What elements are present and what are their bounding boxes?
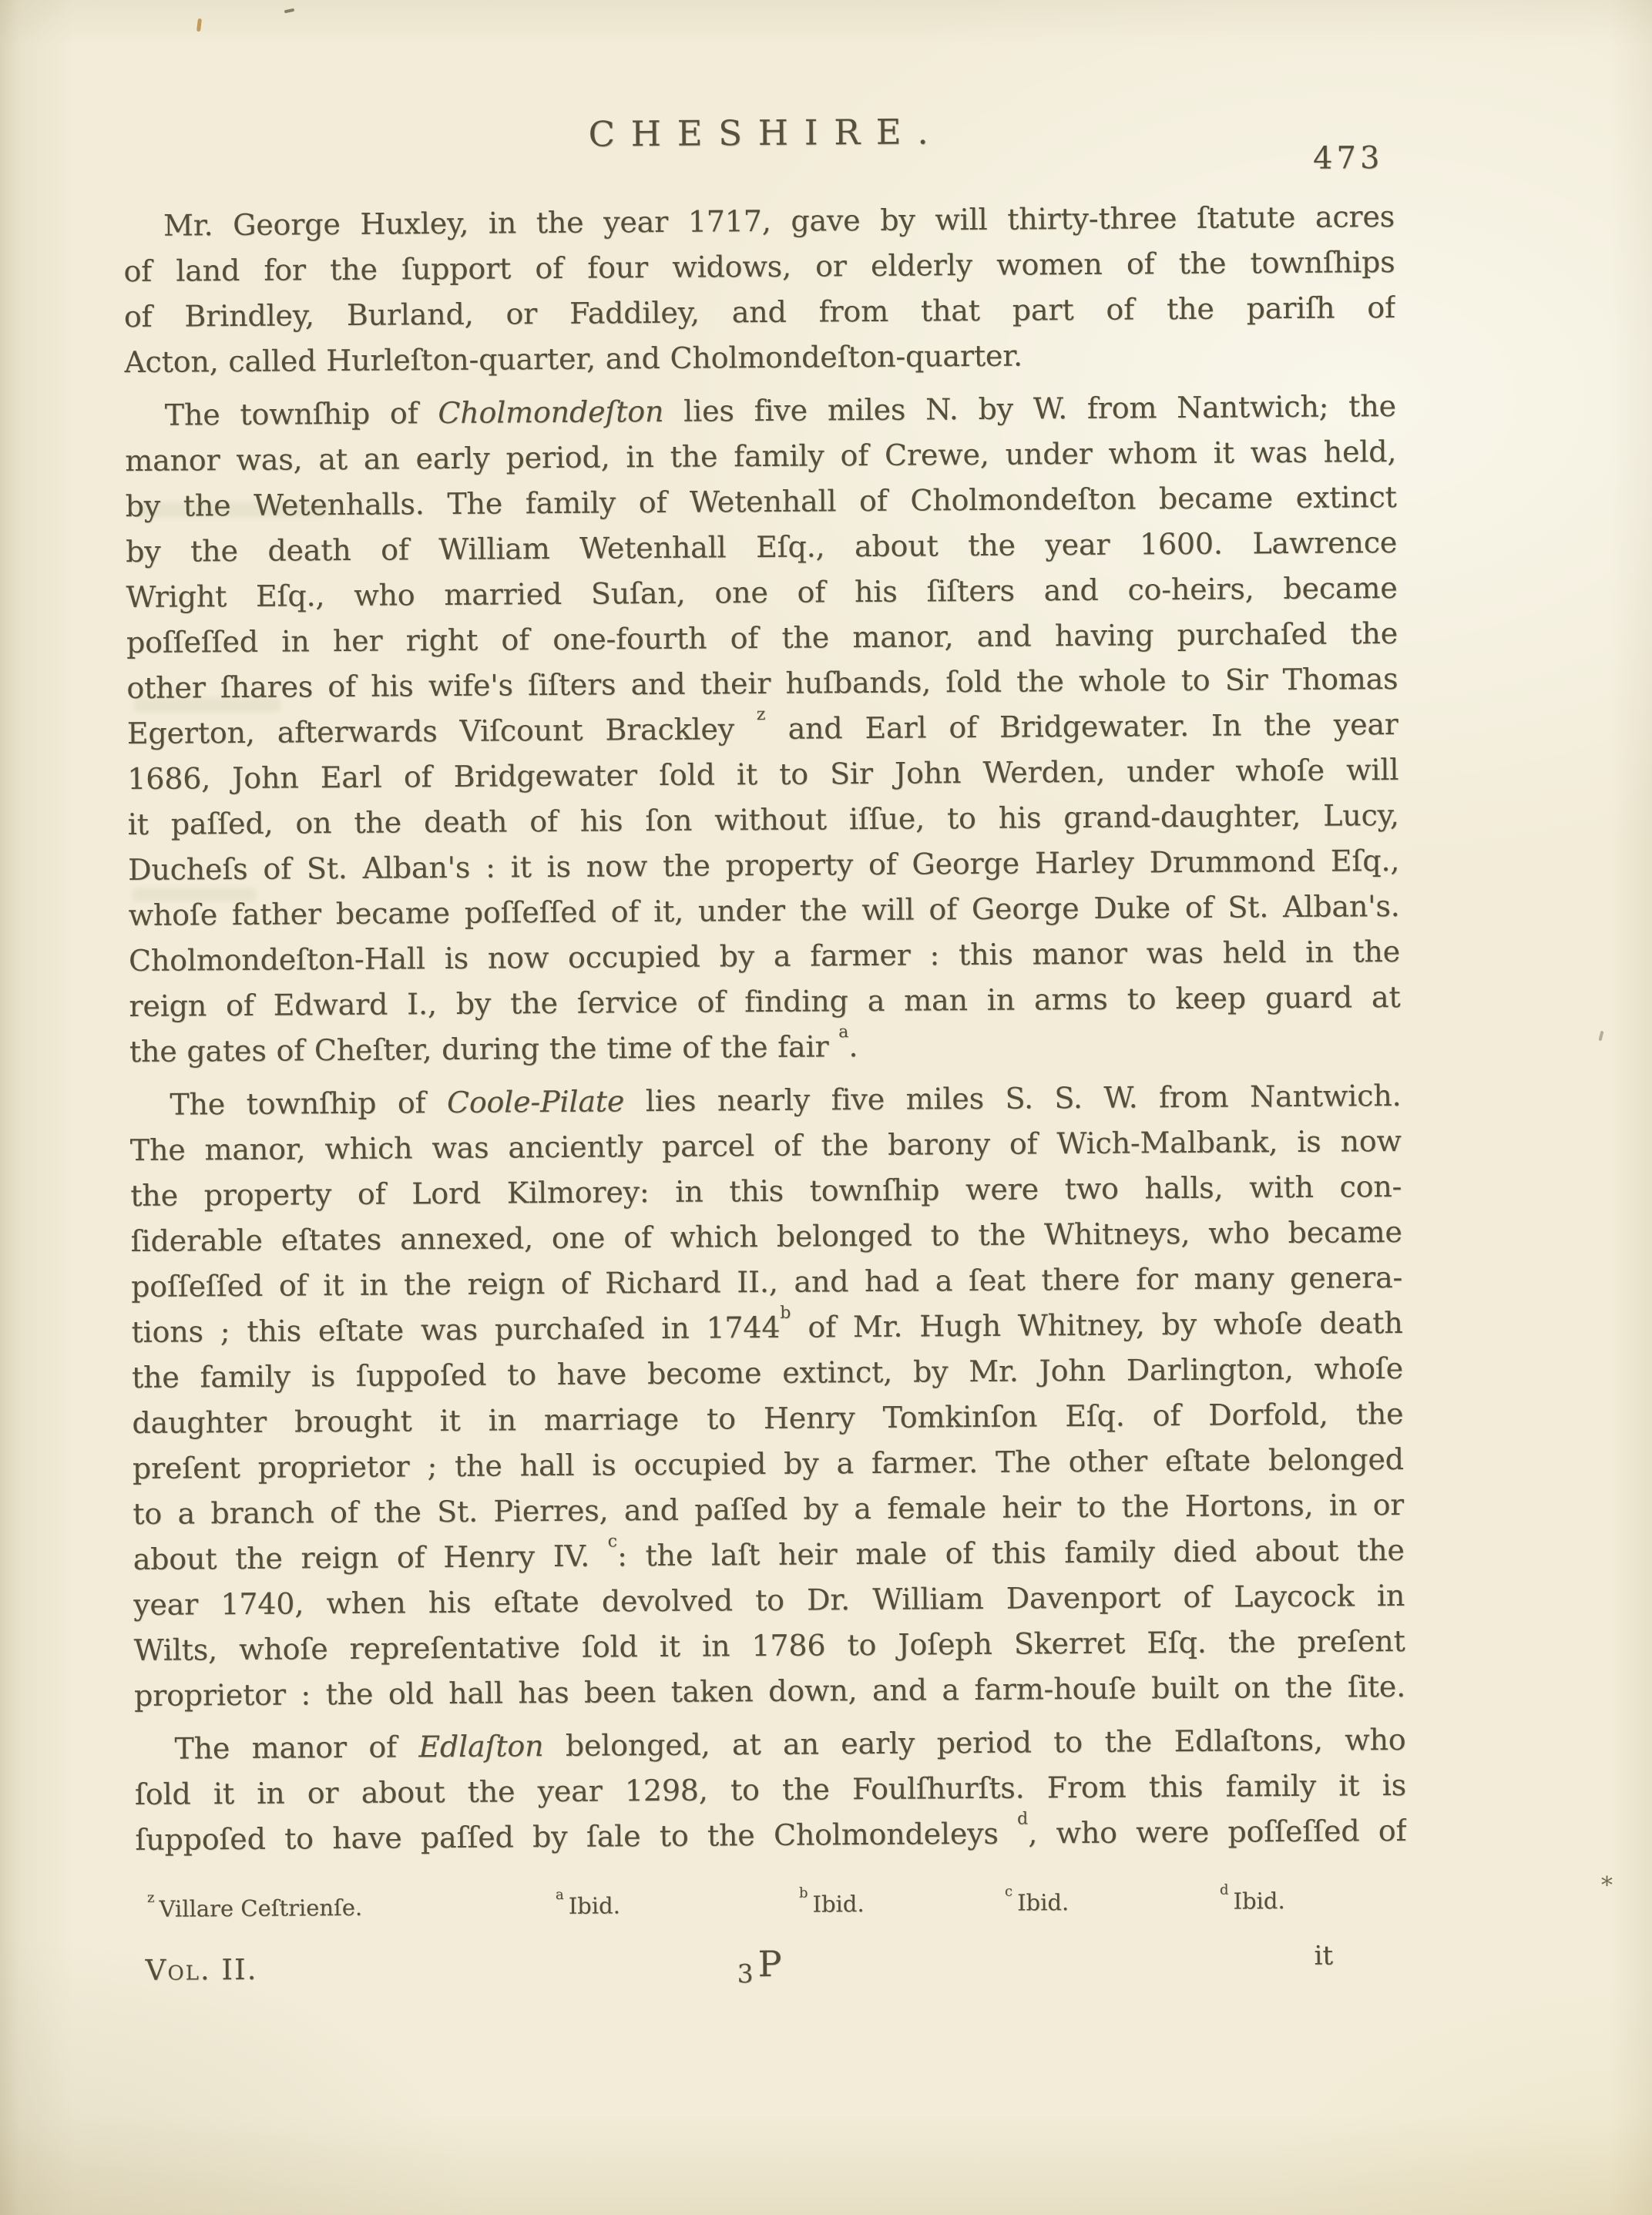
text-segment: manor was, at an early period, in the fa…: [125, 435, 1396, 478]
paragraph: The townſhip of Coole-Pilate lies nearly…: [129, 1073, 1405, 1719]
text-segment: The manor, which was anciently parcel of…: [130, 1124, 1402, 1167]
footnote-reference: c: [608, 1532, 618, 1552]
footnote-marker: b: [799, 1885, 808, 1901]
text-segment: whoſe father became poſſeſſed of it, und…: [128, 889, 1399, 932]
footnote-marker: d: [1220, 1882, 1229, 1898]
text-segment: the family is ſuppoſed to have become ex…: [132, 1351, 1403, 1394]
text-segment: Egerton, afterwards Viſcount Brackley: [127, 712, 757, 750]
text-segment: to a branch of the St. Pierres, and paſſ…: [133, 1488, 1404, 1531]
footnote: bIbid.: [799, 1891, 865, 1918]
text-segment: of Brindley, Burland, or Faddiley, and f…: [124, 290, 1395, 334]
text-segment: , who were poſſeſſed of: [1028, 1814, 1406, 1851]
text-line: reign of Edward I., by the ſervice of fi…: [129, 975, 1400, 1029]
footnote-reference: b: [780, 1304, 791, 1323]
text-segment: Acton, called Hurleſton-quarter, and Cho…: [124, 339, 1022, 380]
footnote-marker: z: [147, 1890, 155, 1906]
text-segment: by the death of William Wetenhall Eſq., …: [126, 525, 1397, 569]
text-segment: of Mr. Hugh Whitney, by whoſe death: [791, 1306, 1402, 1344]
text-segment: ſuppoſed to have paſſed by ſale to the C…: [135, 1817, 1017, 1857]
catchword: it: [1314, 1941, 1333, 1972]
text-segment: year 1740, when his eſtate devolved to D…: [133, 1579, 1405, 1622]
text-block: CHESHIRE. 473 Mr. George Huxley, in the …: [123, 111, 1408, 2009]
text-segment: about the reign of Henry IV.: [133, 1539, 608, 1577]
text-segment: lies nearly five miles S. S. W. from Nan…: [624, 1079, 1402, 1118]
text-segment: preſent proprietor ; the hall is occupie…: [133, 1442, 1404, 1485]
text-segment: daughter brought it in marriage to Henry…: [132, 1397, 1403, 1440]
footnote-reference: d: [1017, 1810, 1028, 1829]
footnote: dIbid.: [1220, 1888, 1285, 1915]
place-name-italic: Cholmondeſton: [438, 394, 663, 430]
text-segment: belonged, at an early period to the Edla…: [543, 1723, 1405, 1763]
text-segment: Wright Eſq., who married Suſan, one of h…: [126, 571, 1397, 614]
page-footer: Vol. II. 3P it: [136, 1938, 1408, 2009]
text-segment: proprietor : the old hall has been taken…: [134, 1670, 1405, 1713]
text-segment: and Earl of Bridgewater. In the year: [765, 707, 1398, 746]
text-segment: the property of Lord Kilmorey: in this t…: [130, 1170, 1402, 1213]
place-name-italic: Edlaſton: [418, 1729, 543, 1764]
footnote: cIbid.: [1005, 1889, 1069, 1916]
text-segment: tions ; this eſtate was purchaſed in 174…: [131, 1311, 780, 1349]
text-segment: poſſeſſed of it in the reign of Richard …: [131, 1260, 1402, 1304]
margin-asterisk-mark: *: [1601, 1872, 1613, 1899]
text-segment: The manor of: [174, 1730, 418, 1765]
signature-letter: P: [757, 1943, 781, 1985]
text-segment: reign of Edward I., by the ſervice of fi…: [129, 980, 1400, 1023]
volume-label: Vol. II.: [145, 1953, 257, 1987]
text-segment: 1686, John Earl of Bridgewater ſold it t…: [127, 753, 1398, 796]
text-line: Acton, called Hurleſton-quarter, and Cho…: [124, 331, 1395, 385]
text-line: of Brindley, Burland, or Faddiley, and f…: [124, 285, 1395, 340]
footnote-reference: z: [757, 705, 766, 724]
scanned-book-page: * CHESHIRE. 473 Mr. George Huxley, in th…: [0, 0, 1652, 2215]
text-line: the gates of Cheſter, during the time of…: [129, 1020, 1401, 1075]
text-segment: Ducheſs of St. Alban's : it is now the p…: [128, 844, 1399, 887]
text-line: proprietor : the old hall has been taken…: [134, 1664, 1405, 1719]
page-title: CHESHIRE.: [123, 111, 1394, 156]
text-segment: The townſhip of: [165, 396, 438, 432]
footnote: aIbid.: [556, 1892, 620, 1919]
text-segment: it paſſed, on the death of his ſon witho…: [128, 798, 1399, 841]
footnote-marker: c: [1005, 1884, 1012, 1900]
footnote: zVillare Ceſtrienſe.: [147, 1894, 362, 1922]
running-header: CHESHIRE. 473: [123, 111, 1394, 156]
text-segment: : the laſt heir male of this family died…: [617, 1533, 1405, 1572]
text-segment: Cholmondeſton-Hall is now occupied by a …: [129, 935, 1400, 978]
text-segment: other ſhares of his wife's ſiſters and t…: [126, 662, 1398, 705]
paragraph: The townſhip of Cholmondeſton lies five …: [125, 384, 1401, 1075]
paper-speck: [1598, 1031, 1603, 1042]
paragraph: Mr. George Huxley, in the year 1717, gav…: [123, 194, 1396, 385]
text-segment: Wilts, whoſe repreſentative ſold it in 1…: [133, 1624, 1405, 1667]
page-number: 473: [1313, 140, 1384, 176]
text-body: Mr. George Huxley, in the year 1717, gav…: [123, 194, 1407, 1863]
text-line: ſuppoſed to have paſſed by ſale to the C…: [135, 1808, 1406, 1863]
text-segment: Mr. George Huxley, in the year 1717, gav…: [163, 200, 1395, 243]
text-segment: by the Wetenhalls. The family of Wetenha…: [126, 480, 1397, 523]
text-segment: The townſhip of: [170, 1086, 447, 1122]
text-segment: .: [848, 1029, 858, 1063]
signature-number: 3: [737, 1958, 758, 1988]
text-segment: ſiderable eſtates annexed, one of which …: [131, 1215, 1402, 1258]
text-segment: poſſeſſed in her right of one-fourth of …: [126, 616, 1398, 659]
footnote-marker: a: [556, 1887, 564, 1903]
paragraph: The manor of Edlaſton belonged, at an ea…: [134, 1717, 1406, 1863]
text-segment: lies five miles N. by W. from Nantwich; …: [663, 389, 1396, 428]
paper-speck: [284, 8, 295, 14]
signature-mark: 3P: [737, 1943, 781, 1988]
footnote-reference: a: [838, 1023, 848, 1042]
text-segment: ſold it in or about the year 1298, to th…: [135, 1768, 1406, 1811]
text-segment: the gates of Cheſter, during the time of…: [129, 1029, 839, 1069]
text-segment: of land for the ſupport of four widows, …: [123, 245, 1395, 288]
place-name-italic: Coole-Pilate: [447, 1084, 625, 1119]
footnotes-row: zVillare Ceſtrienſe.aIbid.bIbid.cIbid.dI…: [136, 1887, 1407, 1928]
paper-speck: [196, 18, 202, 32]
